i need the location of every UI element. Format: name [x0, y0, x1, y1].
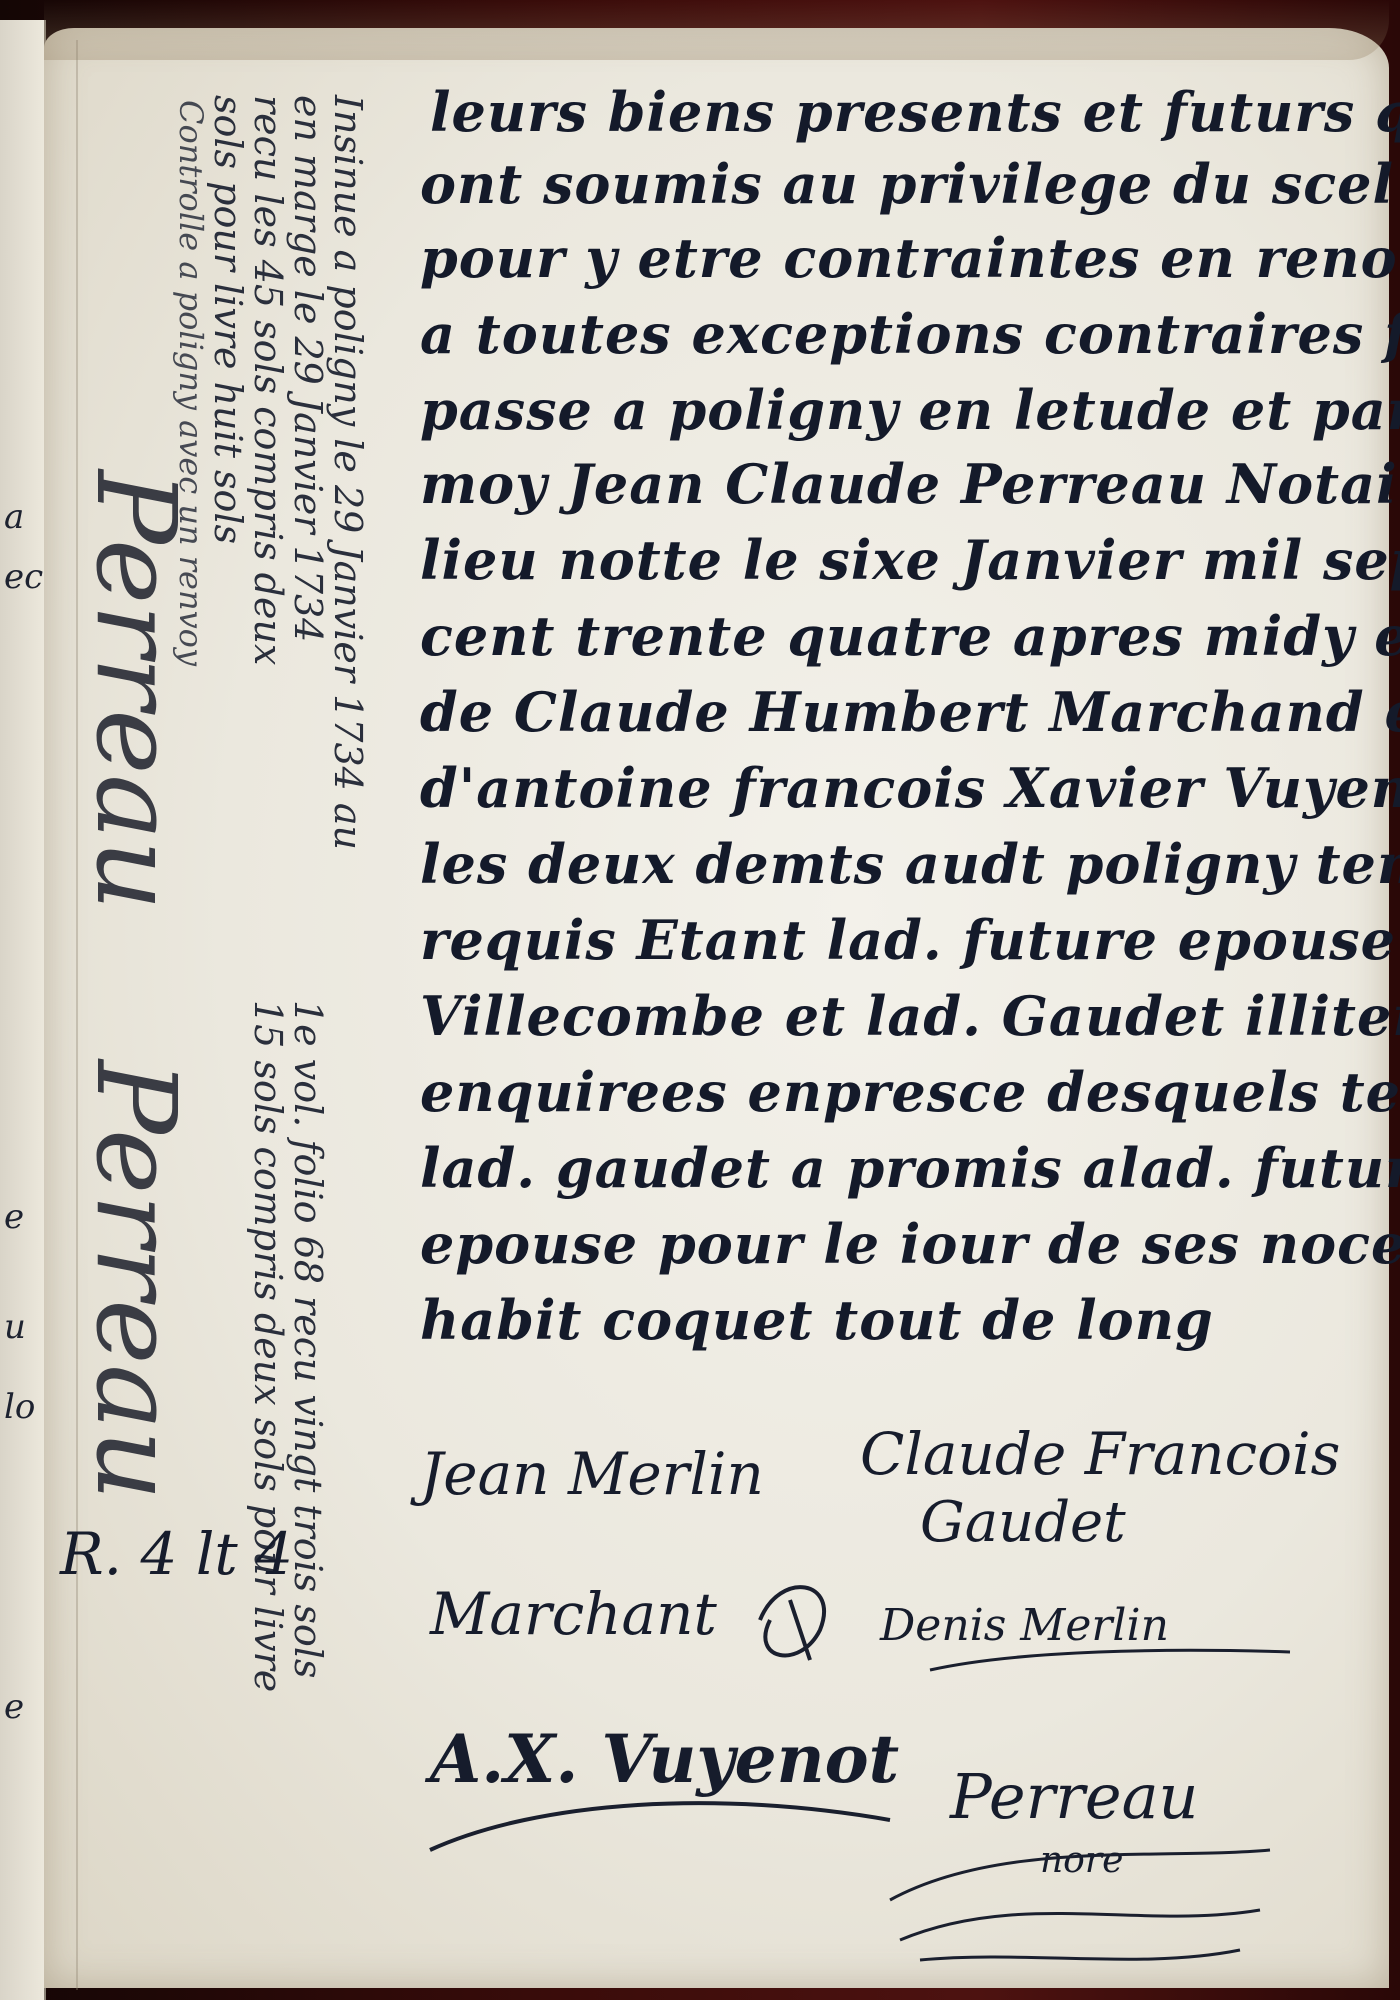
left-page-mark: e — [4, 1200, 40, 1234]
left-page-mark: lo — [4, 1390, 40, 1424]
text-line: les deux demts audt poligny temoins — [420, 832, 1400, 896]
text-line: Villecombe et lad. Gaudet illiterees — [420, 984, 1400, 1048]
notary-flourish-icon — [880, 1800, 1280, 1980]
underline-flourish-icon — [420, 1760, 900, 1870]
text-line: lieu notte le sixe Janvier mil sept — [420, 528, 1400, 592]
text-line: enquirees enpresce desquels temoins — [420, 1060, 1400, 1124]
left-page-mark: e — [4, 1690, 40, 1724]
margin-annotation-line: en marge le 29 Janvier 1734 — [286, 95, 330, 642]
left-page-mark: a — [4, 500, 40, 534]
text-line: d'antoine francois Xavier Vuyenot — [420, 756, 1400, 820]
page-fold-line — [76, 40, 78, 1990]
text-line: ont soumis au privilege du scel du roy — [420, 152, 1400, 216]
signature-jean-merlin: Jean Merlin — [420, 1440, 764, 1508]
left-facing-page: a ec e u lo e — [0, 20, 46, 2000]
text-line: a toutes exceptions contraires fait et — [420, 302, 1400, 366]
text-line: habit coquet tout de long — [420, 1288, 1214, 1352]
margin-annotation-line: sols pour livre huit sols — [206, 95, 250, 544]
signature-marchant: Marchant — [430, 1580, 717, 1648]
signature-gaudet: Gaudet — [920, 1490, 1126, 1555]
text-line: requis Etant lad. future epouse lad. — [420, 908, 1400, 972]
text-line: passe a poligny en letude et pardevant — [420, 378, 1400, 442]
signature-underline-icon — [920, 1640, 1300, 1680]
left-page-mark: ec — [4, 560, 40, 594]
paraph-flourish-icon — [740, 1560, 850, 1690]
left-page-mark: u — [4, 1310, 40, 1344]
text-line: lad. gaudet a promis alad. future — [420, 1136, 1400, 1200]
margin-annotation-line: recu les 45 sols compris deux — [246, 95, 290, 665]
text-line: epouse pour le iour de ses noces un — [420, 1212, 1400, 1276]
page-top-edge — [44, 0, 1389, 60]
signature-claude-francois: Claude Francois — [860, 1420, 1340, 1488]
margin-signature: Perreau — [72, 1060, 200, 1501]
margin-annotation-line: 15 sols compris deux sols pour livre — [246, 1000, 290, 1692]
text-line: moy Jean Claude Perreau Notaire audit — [420, 452, 1400, 516]
text-line: leurs biens presents et futurs quelles — [430, 80, 1400, 144]
text-line: pour y etre contraintes en renoncant — [420, 226, 1400, 290]
margin-fee-note: R. 4 lt 4 — [60, 1520, 293, 1588]
margin-signature: Perreau — [72, 470, 200, 911]
margin-annotation-line: Insinue a poligny le 29 Janvier 1734 au — [326, 95, 370, 850]
text-line: de Claude Humbert Marchand et — [420, 680, 1400, 744]
text-line: cent trente quatre apres midy en presce — [420, 604, 1400, 668]
